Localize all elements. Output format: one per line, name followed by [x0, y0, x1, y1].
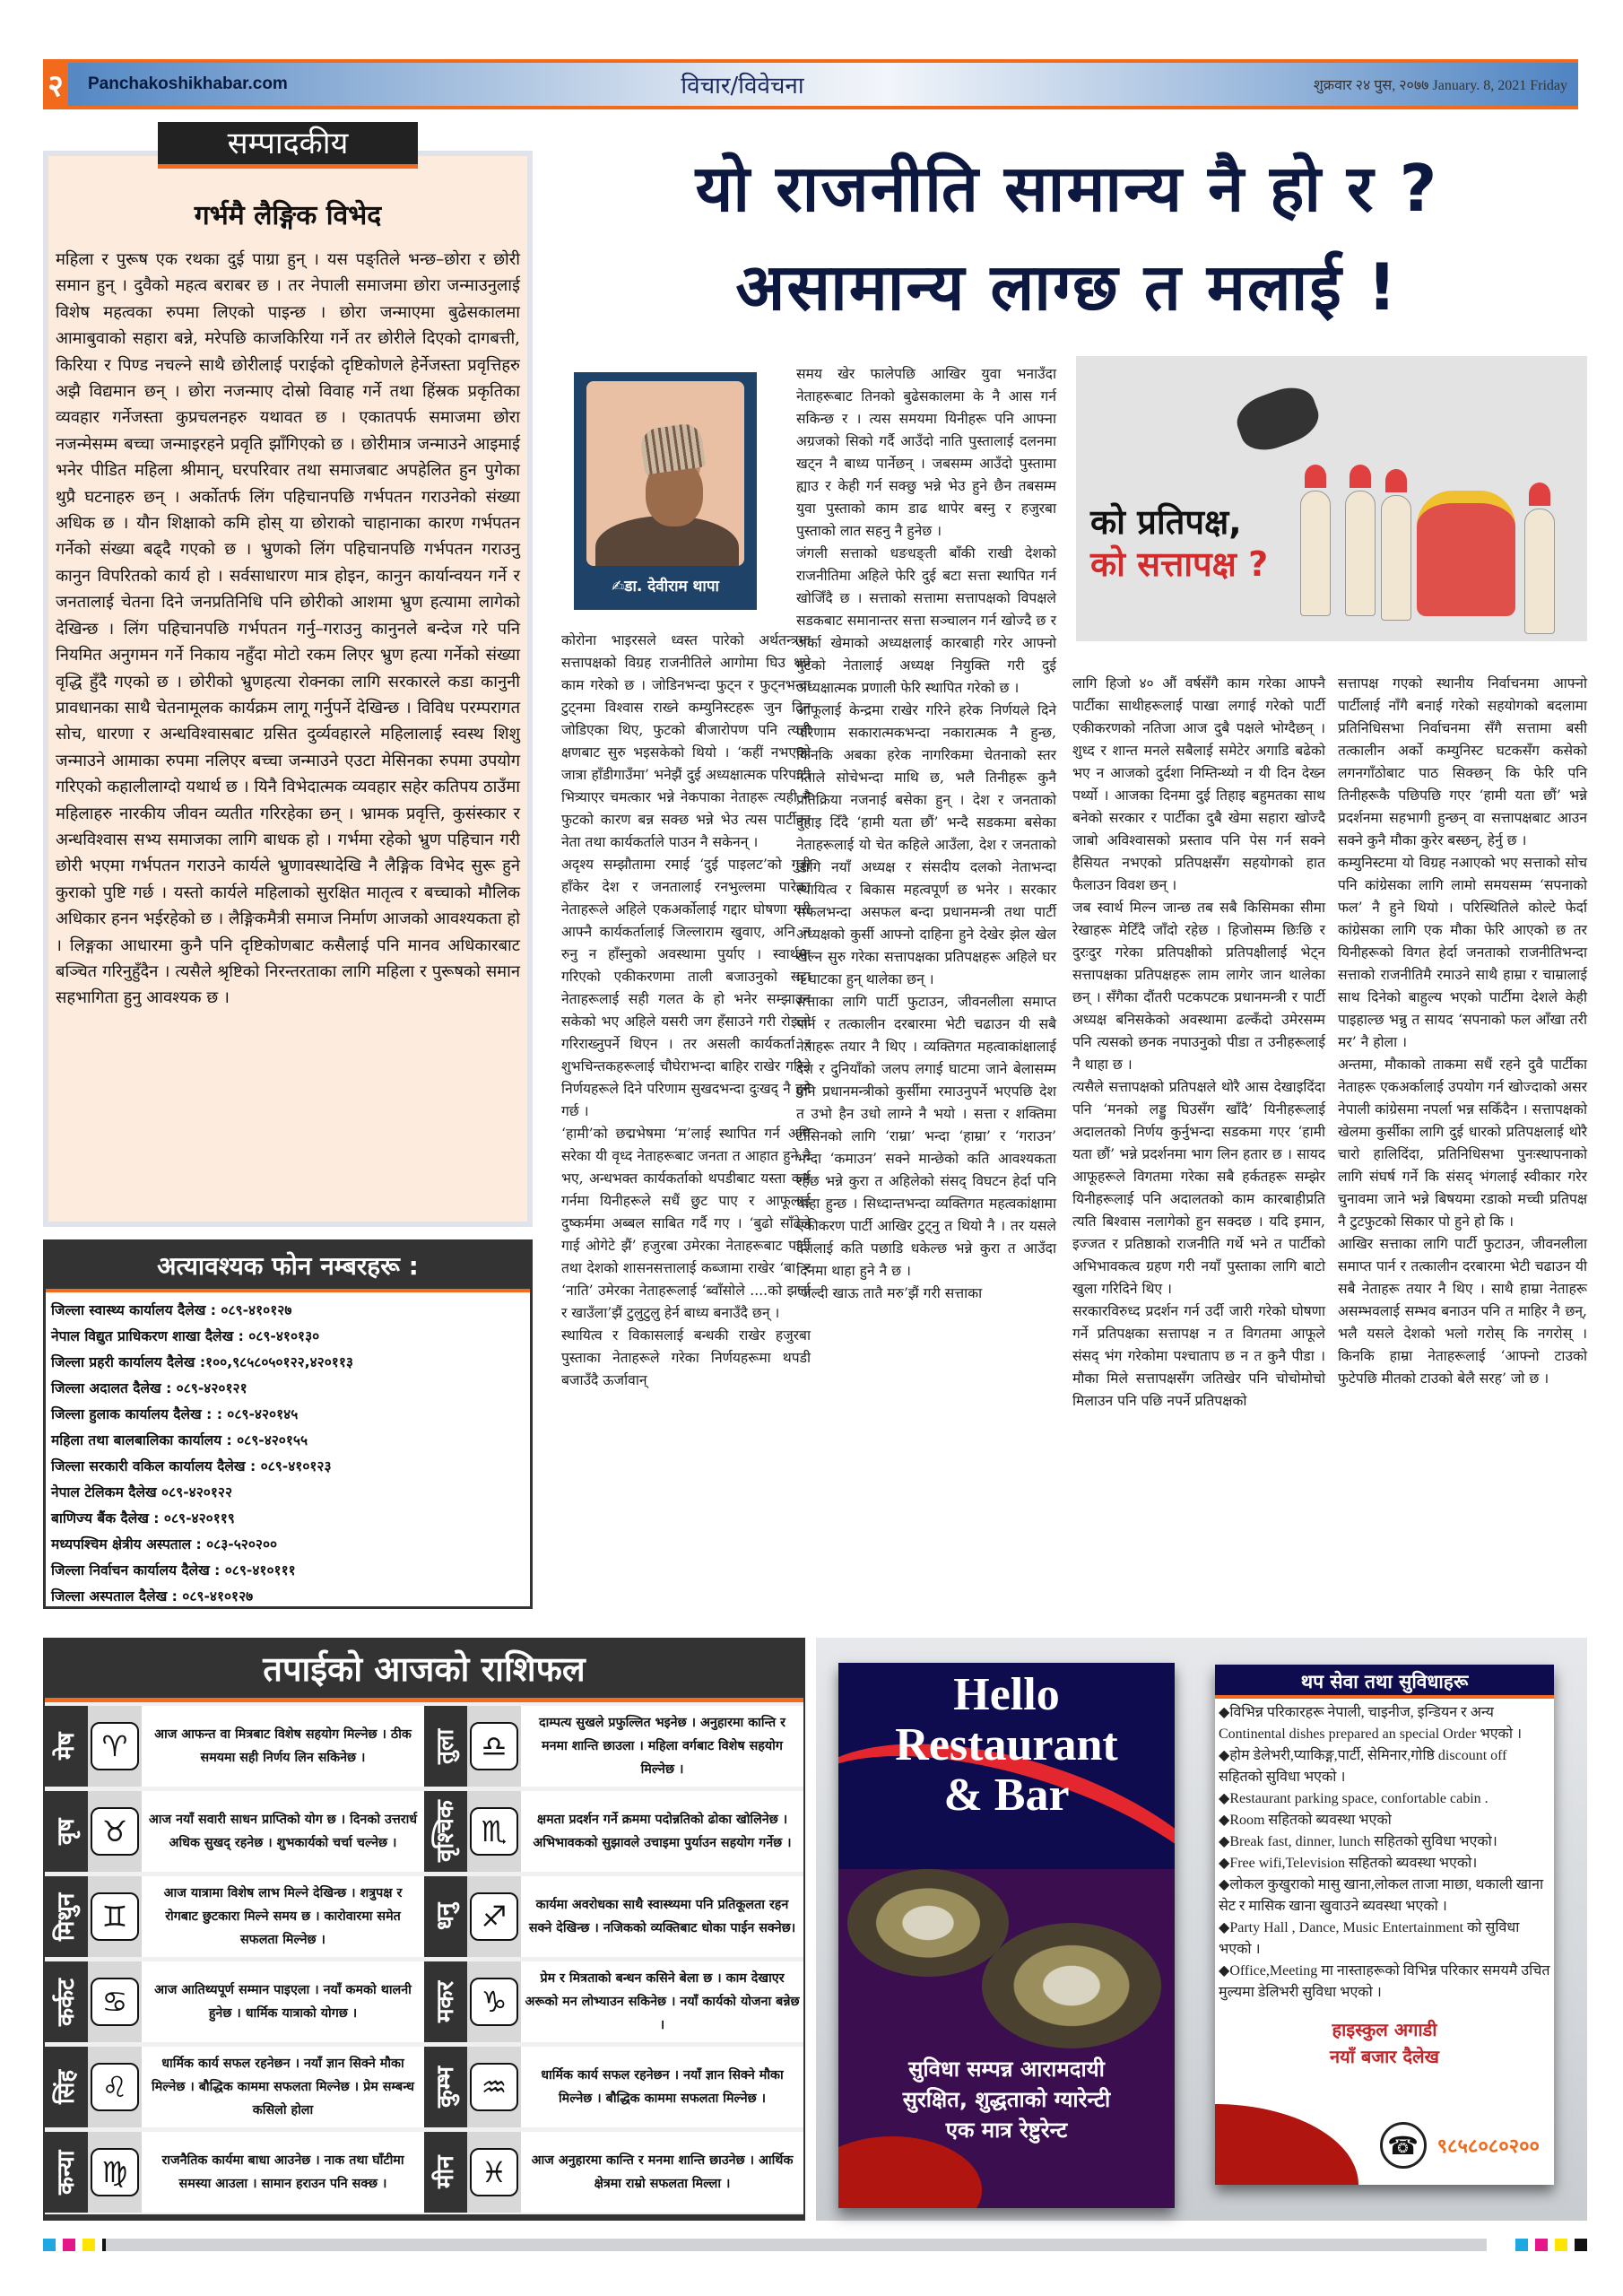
throne-chair	[1417, 491, 1515, 616]
phone-item: जिल्ला निर्वाचन कार्यालय दैलेख : ०८९-४१०…	[51, 1558, 525, 1584]
crab-icon: ♋	[88, 1961, 142, 2042]
article-column-1: कोरोना भाइरसले ध्वस्त पारेको अर्थतन्त्रम…	[561, 630, 811, 1625]
bull-icon: ♉	[88, 1791, 142, 1872]
phone-list: जिल्ला स्वास्थ्य कार्यालय दैलेख : ०८९-४१…	[46, 1292, 530, 1615]
ad-title: Hello Restaurant & Bar	[838, 1670, 1175, 1821]
author-box: ✍डा. देवीराम थापा	[574, 372, 757, 610]
sign-name: कर्कट	[45, 1961, 88, 2042]
service-item: Party Hall , Dance, Music Entertainment …	[1219, 1918, 1550, 1961]
sign-text: राजनैतिक कार्यमा बाधा आउनेछ । नाक तथा घा…	[142, 2132, 424, 2213]
horoscope-sign-kanya: कन्या♍राजनैतिक कार्यमा बाधा आउनेछ । नाक …	[45, 2132, 424, 2213]
phone-item: जिल्ला स्वास्थ्य कार्यालय दैलेख : ०८९-४१…	[51, 1298, 525, 1324]
editorial-title: गर्भमै लैङ्गिक विभेद	[56, 196, 520, 232]
sign-name: मेष	[45, 1706, 88, 1787]
ram-icon: ♈	[88, 1706, 142, 1787]
article-column-4: सत्तापक्ष गएको स्थानीय निर्वाचनमा आफ्नो …	[1338, 673, 1587, 1623]
headline-line-2: असामान्य लाग्छ त मलाई !	[547, 238, 1587, 336]
service-item: विभिन्न परिकारहरू नेपाली, चाइनीज, इन्डिय…	[1219, 1702, 1550, 1745]
sign-text: आज आफन्त वा मित्रबाट विशेष सहयोग मिल्नेछ…	[142, 1706, 424, 1787]
author-name: ✍डा. देवीराम थापा	[586, 575, 744, 596]
fish-icon: ♓	[467, 2132, 521, 2213]
ad-tagline: सुविधा सम्पन्न आरामदायी सुरक्षित, शुद्धत…	[838, 2054, 1175, 2145]
editorial-body: महिला र पुरूष एक रथका दुई पाग्रा हुन् । …	[56, 247, 520, 1012]
horoscope-sign-tula: तुला♎दाम्पत्य सुखले प्रफुल्लित भइनेछ । अ…	[424, 1706, 803, 1787]
horoscope-sign-makar: मकर♑प्रेम र मित्रताको बन्धन कसिने बेला छ…	[424, 1961, 803, 2042]
political-cartoon: को प्रतिपक्ष, को सत्तापक्ष ?	[1076, 356, 1587, 641]
phone-item: मध्यपश्चिम क्षेत्रीय अस्पताल : ०८३-५२०२०…	[51, 1532, 525, 1558]
horoscope-sign-simha: सिंह♌धार्मिक कार्य सफल रहनेछन । नयाँ ज्ञ…	[45, 2047, 424, 2127]
sign-text: दाम्पत्य सुखले प्रफुल्लित भइनेछ । अनुहार…	[521, 1706, 803, 1787]
thrown-politician-figure	[1230, 379, 1324, 457]
color-registration-marks	[43, 2239, 115, 2251]
author-photo	[586, 381, 744, 566]
horoscope-title: तपाईको आजको राशिफल	[45, 1638, 803, 1702]
sign-text: आज नयाँ सवारी साधन प्राप्तिको योग छ । दि…	[142, 1791, 424, 1872]
scorpion-icon: ♏	[467, 1791, 521, 1872]
service-item: Break fast, dinner, lunch सहितको सुविधा …	[1219, 1831, 1550, 1853]
restaurant-photo	[847, 1869, 1009, 1977]
horoscope-sign-vrishchik: वृश्चिक♏क्षमता प्रदर्शन गर्ने क्रममा पदो…	[424, 1791, 803, 1872]
horoscope-sign-dhanu: धनु♐कार्यमा अवरोधका साथै स्वास्थ्यमा पनि…	[424, 1876, 803, 1957]
phone-item: जिल्ला अदालत दैलेख : ०८९-४२०१२१	[51, 1376, 525, 1402]
phone-item: जिल्ला हुलाक कार्यालय दैलेख : : ०८९-४२०१…	[51, 1402, 525, 1428]
service-item: Restaurant parking space, confortable ca…	[1219, 1788, 1550, 1810]
sign-name: तुला	[424, 1706, 467, 1787]
sign-name: मिथुन	[45, 1876, 88, 1957]
water-bearer-icon: ♒	[467, 2047, 521, 2127]
phone-item: जिल्ला सरकारी वकिल कार्यालय दैलेख : ०८९-…	[51, 1454, 525, 1480]
ad-services-card: थप सेवा तथा सुविधाहरू विभिन्न परिकारहरू …	[1215, 1665, 1554, 2185]
editorial-box: गर्भमै लैङ्गिक विभेद महिला र पुरूष एक रथ…	[43, 151, 533, 1227]
phone-item: जिल्ला अस्पताल दैलेख : ०८९-४१०१२७	[51, 1584, 525, 1610]
sign-text: कार्यमा अवरोधका साथै स्वास्थ्यमा पनि प्र…	[521, 1876, 803, 1957]
virgin-icon: ♍	[88, 2132, 142, 2213]
site-name[interactable]: Panchakoshikhabar.com	[88, 74, 554, 94]
sign-name: मकर	[424, 1961, 467, 2042]
phone-item: नेपाल विद्युत प्राधिकरण शाखा दैलेख : ०८९…	[51, 1324, 525, 1350]
sign-text: आज अनुहारमा कान्ति र मनमा शान्ति छाउनेछ …	[521, 2132, 803, 2213]
sign-text: आज यात्रामा विशेष लाभ मिल्ने देखिन्छ । श…	[142, 1876, 424, 1957]
lion-icon: ♌	[88, 2047, 142, 2127]
page-header: २ Panchakoshikhabar.com विचार/विवेचना शु…	[43, 59, 1578, 109]
scales-icon: ♎	[467, 1706, 521, 1787]
phone-item: नेपाल टेलिकम दैलेख ०८९-४२०१२२	[51, 1480, 525, 1506]
service-item: लोकल कुखुराको मासु खाना,लोकल ताजा माछा, …	[1219, 1874, 1550, 1918]
horoscope-sign-kumbha: कुम्भ♒धार्मिक कार्य सफल रहनेछन । नयाँ ज्…	[424, 2047, 803, 2127]
services-list: विभिन्न परिकारहरू नेपाली, चाइनीज, इन्डिय…	[1215, 1699, 1554, 2004]
twins-icon: ♊	[88, 1876, 142, 1957]
sign-name: धनु	[424, 1876, 467, 1957]
sign-name: सिंह	[45, 2047, 88, 2127]
service-item: होम डेलेभरी,प्याकिङ्ग,पार्टी, सेमिनार,गो…	[1219, 1745, 1550, 1788]
goat-icon: ♑	[467, 1961, 521, 2042]
horoscope-sign-vrish: वृष♉आज नयाँ सवारी साधन प्राप्तिको योग छ …	[45, 1791, 424, 1872]
service-item: Office,Meeting मा नास्ताहरूको विभिन्न पर…	[1219, 1961, 1550, 2004]
horoscope-sign-mithun: मिथुन♊आज यात्रामा विशेष लाभ मिल्ने देखिन…	[45, 1876, 424, 1957]
sign-name: मीन	[424, 2132, 467, 2213]
ad-address: हाइस्कुल अगाडी नयाँ बजार दैलेख	[1215, 2016, 1554, 2070]
cartoon-figure	[1300, 491, 1331, 616]
registration-bar	[106, 2239, 1487, 2251]
restaurant-ad: Hello Restaurant & Bar सुविधा सम्पन्न आर…	[816, 1638, 1587, 2221]
headline-line-1: यो राजनीति सामान्य नै हो र ?	[547, 139, 1587, 238]
color-registration-marks	[1515, 2239, 1587, 2251]
phone-box-title: अत्यावश्यक फोन नम्बरहरू :	[46, 1242, 530, 1292]
ad-poster: Hello Restaurant & Bar सुविधा सम्पन्न आर…	[838, 1663, 1175, 2208]
horoscope-sign-meen: मीन♓आज अनुहारमा कान्ति र मनमा शान्ति छाउ…	[424, 2132, 803, 2213]
phone-item: महिला तथा बालबालिका कार्यालय : ०८९-४२०१५…	[51, 1428, 525, 1454]
service-item: Room सहितको ब्यवस्था भएको	[1219, 1810, 1550, 1831]
archer-icon: ♐	[467, 1876, 521, 1957]
horoscope-sign-mesh: मेष♈आज आफन्त वा मित्रबाट विशेष सहयोग मिल…	[45, 1706, 424, 1787]
article-column-3: लागि हिजो ४० औं वर्षसँगै काम गरेका आफ्नै…	[1072, 673, 1325, 1623]
cartoon-figure	[1524, 509, 1555, 634]
page-number: २	[43, 61, 68, 108]
cartoon-caption-2: को सत्तापक्ष ?	[1090, 540, 1268, 587]
horoscope-grid: मेष♈आज आफन्त वा मित्रबाट विशेष सहयोग मिल…	[45, 1702, 803, 2214]
editorial-tag: सम्पादकीय	[158, 122, 418, 169]
article-column-2: समय खेर फालेपछि आखिर युवा भनाउँदा नेताहर…	[796, 363, 1056, 1623]
sign-name: कुम्भ	[424, 2047, 467, 2127]
article-headline: यो राजनीति सामान्य नै हो र ? असामान्य ला…	[547, 139, 1587, 336]
sign-text: धार्मिक कार्य सफल रहनेछन । नयाँ ज्ञान सि…	[142, 2047, 424, 2127]
telephone-icon: ☎	[1380, 2122, 1427, 2169]
services-title: थप सेवा तथा सुविधाहरू	[1215, 1665, 1554, 1699]
phone-item: जिल्ला प्रहरी कार्यालय दैलेख :१००,९८५८०५…	[51, 1350, 525, 1376]
cartoon-figure	[1381, 495, 1411, 621]
emergency-phone-box: अत्यावश्यक फोन नम्बरहरू : जिल्ला स्वास्थ…	[43, 1239, 533, 1609]
sign-name: वृष	[45, 1791, 88, 1872]
horoscope-box: तपाईको आजको राशिफल मेष♈आज आफन्त वा मित्र…	[43, 1638, 805, 2221]
sign-text: क्षमता प्रदर्शन गर्ने क्रममा पदोन्नतिको …	[521, 1791, 803, 1872]
sign-text: आज आतिथ्यपूर्ण सम्मान पाइएला । नयाँ कमको…	[142, 1961, 424, 2042]
horoscope-sign-karkat: कर्कट♋आज आतिथ्यपूर्ण सम्मान पाइएला । नया…	[45, 1961, 424, 2042]
sign-name: वृश्चिक	[424, 1791, 467, 1872]
cartoon-caption-1: को प्रतिपक्ष,	[1090, 498, 1242, 544]
dateline: शुक्रवार २४ पुस, २०७७ January. 8, 2021 F…	[1314, 74, 1567, 94]
restaurant-photo	[982, 1923, 1161, 2048]
phone-item: बाणिज्य बैंक दैलेख : ०८९-४२०११९	[51, 1506, 525, 1532]
section-title: विचार/विवेचना	[554, 68, 931, 100]
sign-name: कन्या	[45, 2132, 88, 2213]
cartoon-figure	[1345, 491, 1376, 616]
ad-phone: ☎ ९८५८०८०२००	[1380, 2122, 1540, 2169]
sign-text: प्रेम र मित्रताको बन्धन कसिने बेला छ । क…	[521, 1961, 803, 2042]
ad-phone-number: ९८५८०८०२००	[1437, 2132, 1540, 2159]
service-item: Free wifi,Television सहितको ब्यवस्था भएक…	[1219, 1853, 1550, 1874]
sign-text: धार्मिक कार्य सफल रहनेछन । नयाँ ज्ञान सि…	[521, 2047, 803, 2127]
